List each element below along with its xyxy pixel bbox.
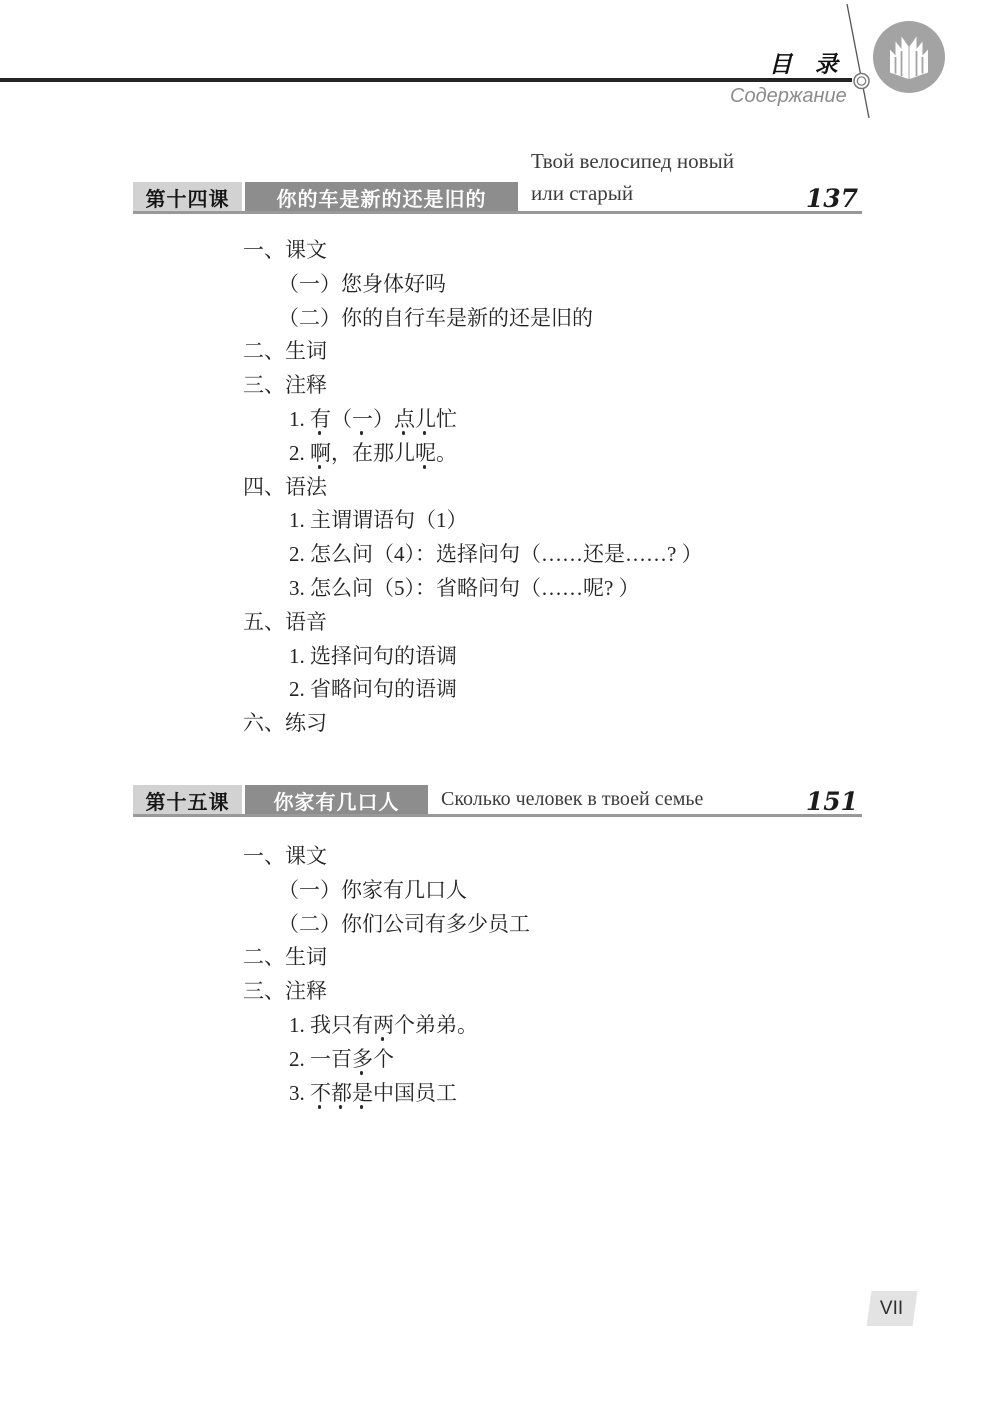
toc-item: （一）你家有几口人 xyxy=(0,874,993,908)
toc-item: 2. 啊，在那儿呢。 xyxy=(0,437,993,471)
toc-item: 二、生词 xyxy=(0,941,993,975)
lesson-15-title-cn: 你家有几口人 xyxy=(245,785,428,816)
open-book-icon xyxy=(873,21,945,93)
lesson-15-rule xyxy=(133,814,862,817)
toc-page: 目 录 Содержание 第十四课 你的车是新的还是旧的 Твой вело… xyxy=(0,0,993,1401)
lesson-14-title-cn: 你的车是新的还是旧的 xyxy=(245,182,518,213)
toc-item: 1. 我只有两个弟弟。 xyxy=(0,1009,993,1043)
toc-item: 四、语法 xyxy=(0,471,993,505)
lesson-14-page-number: 137 xyxy=(806,184,858,213)
toc-item: 1. 有（一）点儿忙 xyxy=(0,403,993,437)
toc-item: 一、课文 xyxy=(0,840,993,874)
lesson-14-title-ru-line2: или старый xyxy=(531,181,633,206)
toc-item: 六、练习 xyxy=(0,707,993,741)
toc-item: （二）你们公司有多少员工 xyxy=(0,908,993,942)
page-subtitle: Содержание xyxy=(730,85,847,108)
lesson-14-contents: 一、课文（一）您身体好吗（二）你的自行车是新的还是旧的二、生词三、注释1. 有（… xyxy=(0,234,993,741)
lesson-15-label: 第十五课 xyxy=(133,785,242,816)
toc-item: 三、注释 xyxy=(0,975,993,1009)
toc-item: 1. 主谓谓语句（1） xyxy=(0,504,993,538)
lesson-14-title-ru-line1: Твой велосипед новый xyxy=(531,149,734,174)
page-title: 目 录 xyxy=(769,46,838,79)
toc-item: 1. 选择问句的语调 xyxy=(0,640,993,674)
toc-item: 3. 怎么问（5）：省略问句（……呢? ） xyxy=(0,572,993,606)
lesson-15-title-ru: Сколько человек в твоей семье xyxy=(441,788,703,811)
toc-item: 3. 不都是中国员工 xyxy=(0,1077,993,1111)
toc-item: 一、课文 xyxy=(0,234,993,268)
ring-icon xyxy=(854,74,869,89)
lesson-14-rule xyxy=(133,211,862,214)
toc-item: 三、注释 xyxy=(0,369,993,403)
toc-item: 二、生词 xyxy=(0,335,993,369)
toc-item: 五、语音 xyxy=(0,606,993,640)
lesson-15-page-number: 151 xyxy=(806,787,858,816)
page-number-badge: VII xyxy=(867,1291,918,1326)
header-rule xyxy=(0,78,852,82)
lesson-14-label: 第十四课 xyxy=(133,182,242,213)
lesson-15-contents: 一、课文（一）你家有几口人（二）你们公司有多少员工二、生词三、注释1. 我只有两… xyxy=(0,840,993,1110)
toc-item: （二）你的自行车是新的还是旧的 xyxy=(0,302,993,336)
page-number: VII xyxy=(880,1298,903,1320)
toc-item: 2. 一百多个 xyxy=(0,1043,993,1077)
toc-item: （一）您身体好吗 xyxy=(0,268,993,302)
toc-item: 2. 省略问句的语调 xyxy=(0,673,993,707)
toc-item: 2. 怎么问（4）：选择问句（……还是……? ） xyxy=(0,538,993,572)
